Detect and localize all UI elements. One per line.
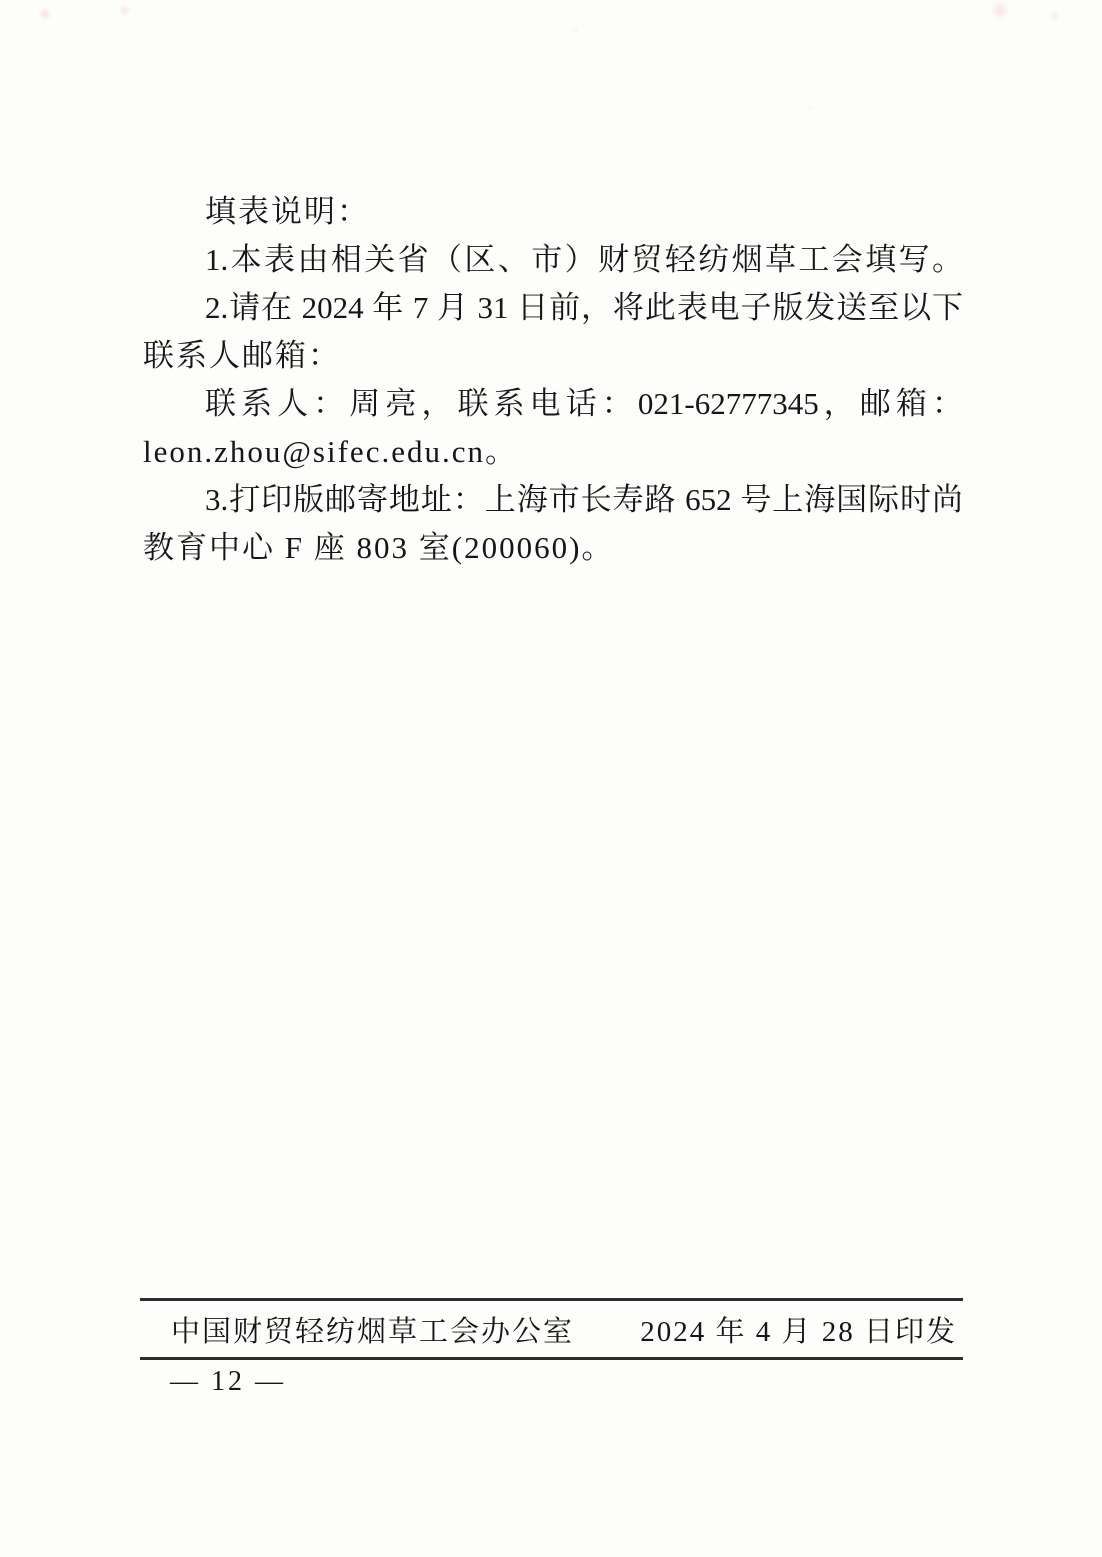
note-line-3: 3.打印版邮寄地址：上海市长寿路 652 号上海国际时尚 bbox=[143, 476, 963, 524]
footer-row: 中国财贸轻纺烟草工会办公室 2024 年 4 月 28 日印发 bbox=[140, 1301, 963, 1357]
note-line-1: 1.本表由相关省（区、市）财贸轻纺烟草工会填写。 bbox=[143, 236, 963, 284]
footer-print-date: 2024 年 4 月 28 日印发 bbox=[640, 1309, 957, 1350]
note-line-2: 2.请在 2024 年 7 月 31 日前，将此表电子版发送至以下 bbox=[143, 284, 963, 332]
footer-issuer: 中国财贸轻纺烟草工会办公室 bbox=[171, 1309, 574, 1350]
footer-rule-bottom bbox=[140, 1357, 963, 1360]
note-line-3-continuation: 教育中心 F 座 803 室(200060)。 bbox=[143, 524, 963, 572]
page-number: — 12 — bbox=[170, 1366, 286, 1398]
contact-info-line: 联系人：周亮，联系电话：021-62777345，邮箱： bbox=[143, 380, 963, 428]
notes-section: 填表说明： 1.本表由相关省（区、市）财贸轻纺烟草工会填写。 2.请在 2024… bbox=[143, 188, 963, 572]
notes-heading: 填表说明： bbox=[143, 188, 963, 236]
contact-email-line: leon.zhou@sifec.edu.cn。 bbox=[143, 428, 963, 476]
note-line-2-continuation: 联系人邮箱： bbox=[143, 332, 963, 380]
